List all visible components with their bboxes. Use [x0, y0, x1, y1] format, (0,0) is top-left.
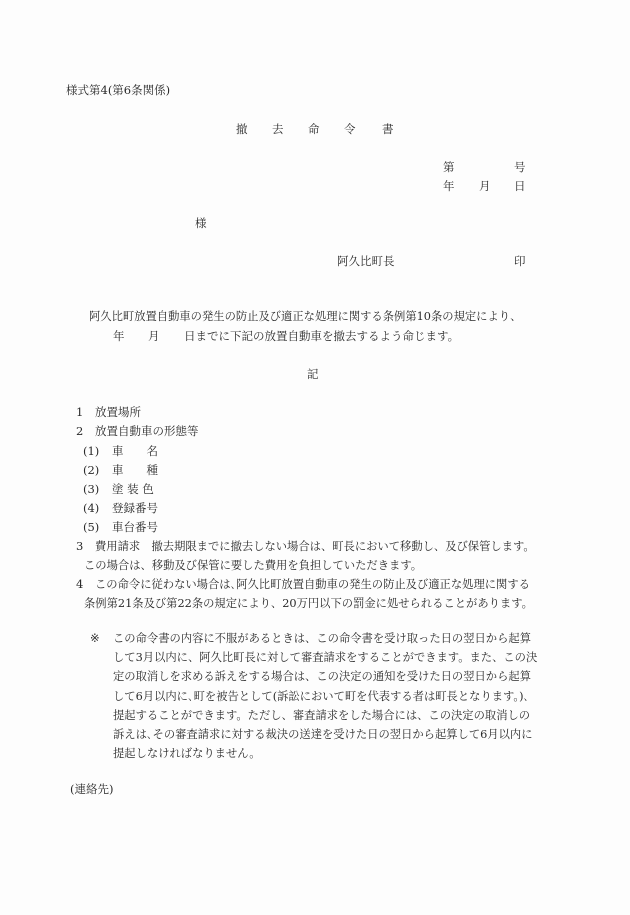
- seal-mark: 印: [514, 256, 526, 268]
- issuer-name: 阿久比町長: [337, 256, 395, 268]
- title-char: 命: [308, 124, 320, 136]
- title-char: 撤: [236, 124, 248, 136]
- title-char: 書: [382, 124, 394, 136]
- title-char: 令: [344, 124, 356, 136]
- title-char: 去: [272, 124, 284, 136]
- note-mark: ※: [90, 633, 100, 645]
- form-label: 様式第4(第6条関係): [66, 85, 170, 97]
- addressee-suffix: 様: [195, 218, 207, 230]
- ki-heading: 記: [307, 369, 319, 381]
- contact-label: (連絡先): [70, 784, 113, 796]
